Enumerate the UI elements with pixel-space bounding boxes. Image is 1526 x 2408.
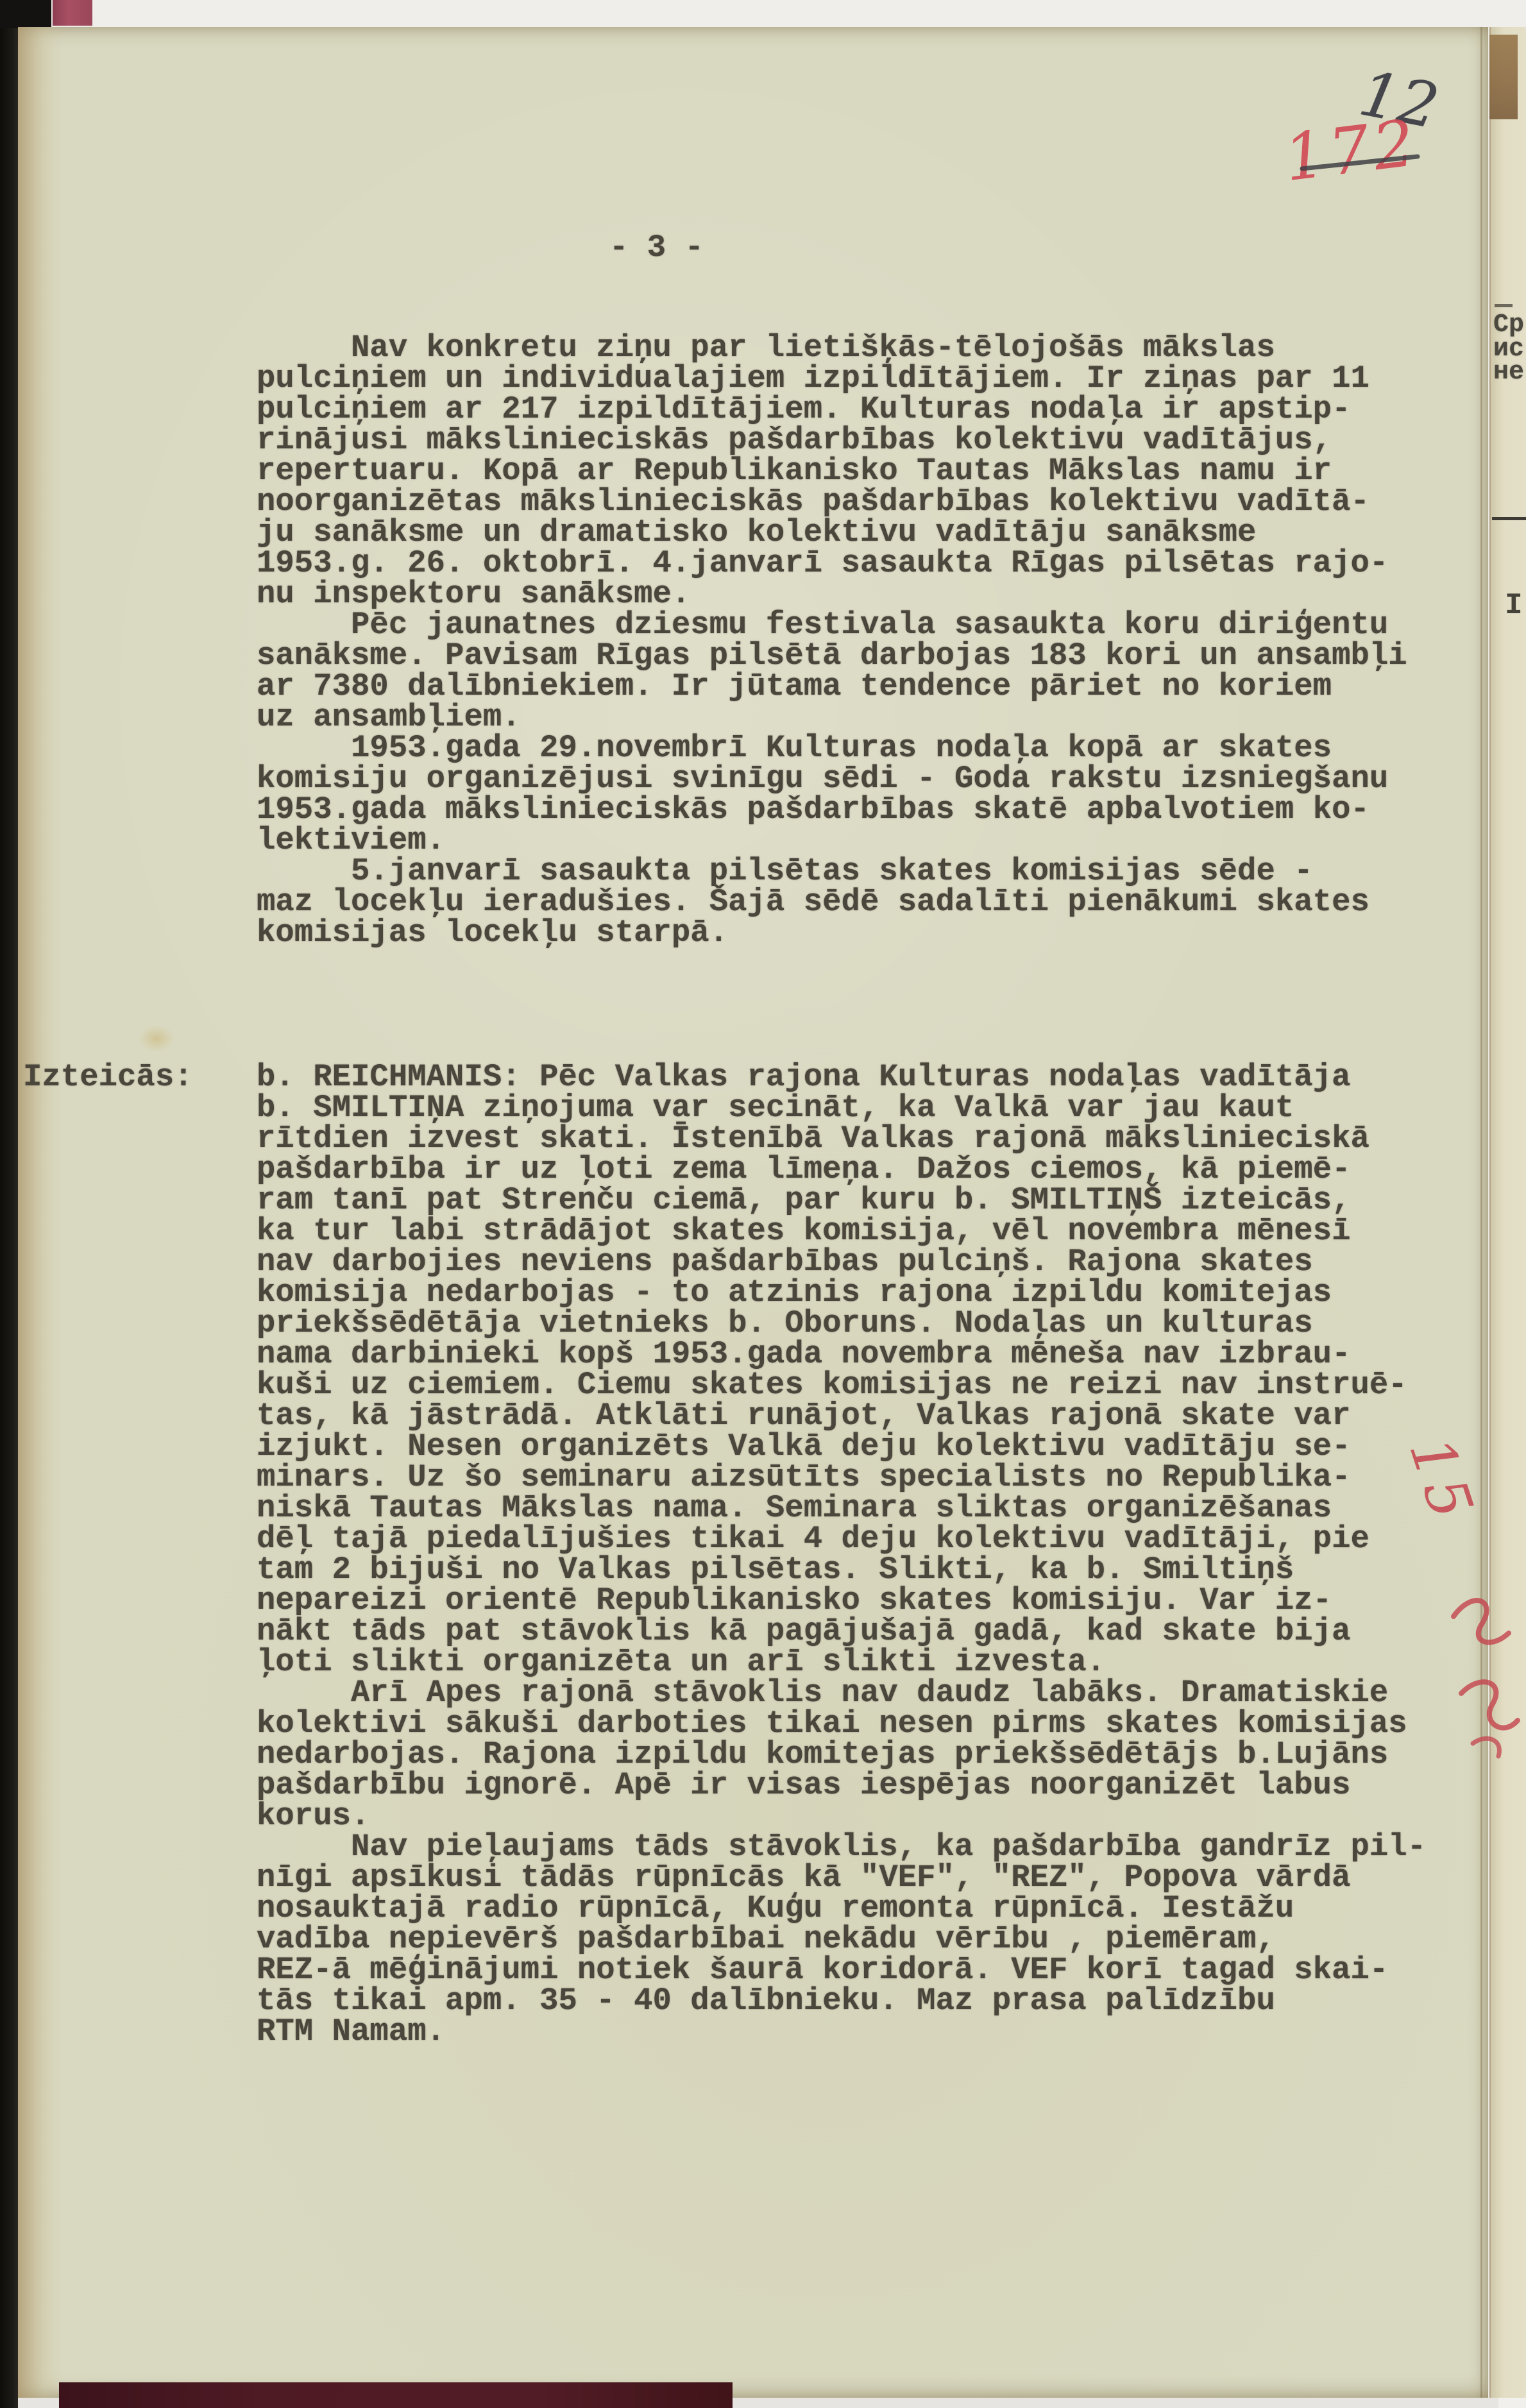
neighbor-page-rule	[1492, 517, 1526, 520]
neighbor-page-dash	[1495, 304, 1513, 307]
scanner-background-top	[92, 0, 1526, 27]
paper-stain	[139, 1025, 174, 1052]
binding-cloth-top	[53, 0, 92, 26]
red-pencil-scribbles	[1442, 1572, 1526, 1777]
document-scan: { "page": { "number_display": "- 3 -", "…	[0, 0, 1526, 2408]
book-spine-shadow	[0, 0, 18, 2408]
paragraph-3: 1953.gada 29.novembrī Kulturas nodaļa ko…	[257, 733, 1388, 856]
paragraph-5-reichmanis-statement: b. REICHMANIS: Pēc Valkas rajona Kultura…	[257, 1062, 1407, 1677]
neighbor-text-fragment: не	[1493, 360, 1524, 385]
margin-label-izteicas: Izteicās:	[23, 1062, 193, 1092]
binding-cloth-bottom	[59, 2382, 733, 2408]
page-number: - 3 -	[609, 232, 704, 263]
paragraph-7: Nav pieļaujams tāds stāvoklis, ka pašdar…	[257, 1831, 1426, 2047]
page-right-crease	[1480, 27, 1482, 2398]
paragraph-4: 5.janvarī sasaukta pilsētas skates komis…	[257, 856, 1369, 948]
scan-corner-black	[0, 0, 51, 28]
neighbor-page-mark: I	[1505, 589, 1523, 622]
binding-tape	[1489, 35, 1518, 119]
paragraph-1: Nav konkretu ziņu par lietišķās-tēlojošā…	[257, 332, 1388, 609]
page-left-edge-shadow	[18, 27, 63, 2398]
neighbor-text-fragment: Ср	[1493, 313, 1524, 337]
paragraph-6: Arī Apes rajonā stāvoklis nav daudz labā…	[257, 1677, 1407, 1831]
paragraph-2: Pēc jaunatnes dziesmu festivala sasaukta…	[257, 609, 1407, 733]
